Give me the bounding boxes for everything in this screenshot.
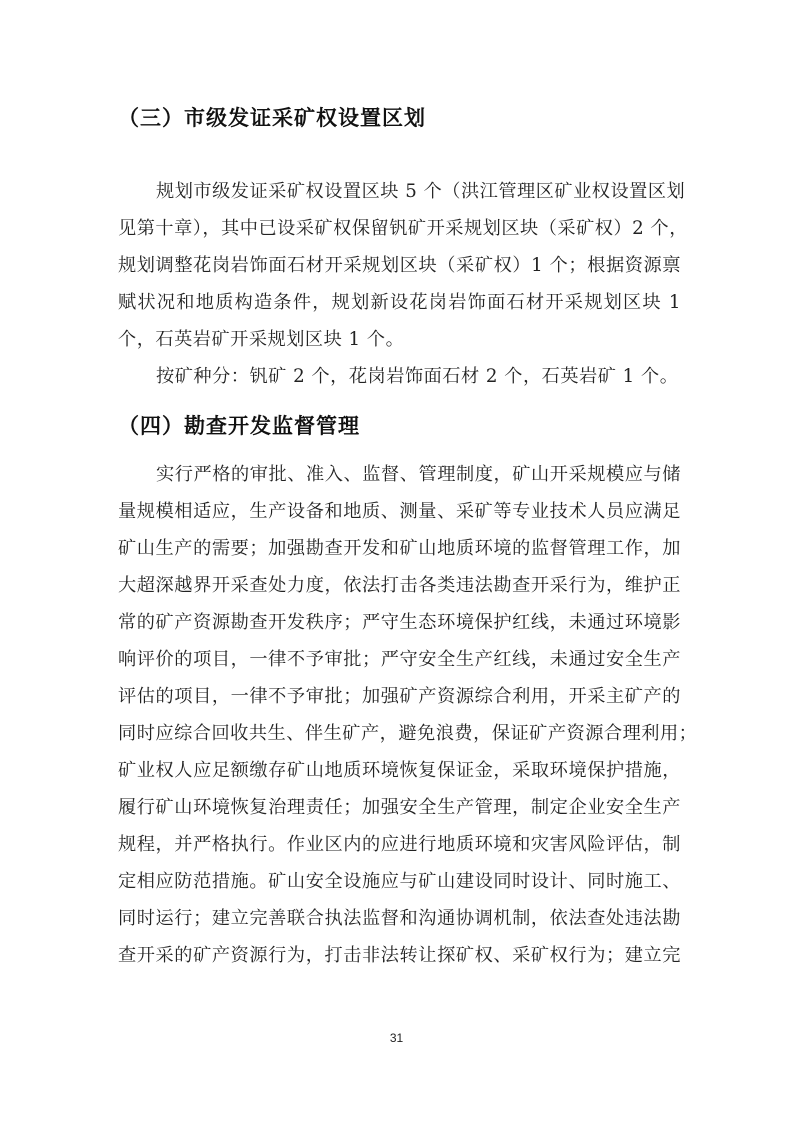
paragraph-line: 实行严格的审批、准入、监督、管理制度，矿山开采规模应与储 <box>156 462 681 488</box>
paragraph-line: 评估的项目，一律不予审批；加强矿产资源综合利用，开采主矿产的 <box>118 684 681 710</box>
document-page: （三）市级发证采矿权设置区划 规划市级发证采矿权设置区块 5 个（洪江管理区矿业… <box>0 0 793 1122</box>
paragraph-line: 见第十章），其中已设采矿权保留钒矿开采规划区块（采矿权）2 个， <box>118 216 681 242</box>
paragraph-line: 量规模相适应，生产设备和地质、测量、采矿等专业技术人员应满足 <box>118 499 681 525</box>
paragraph-line: 常的矿产资源勘查开发秩序；严守生态环境保护红线，未通过环境影 <box>118 610 681 636</box>
paragraph-line: 规划市级发证采矿权设置区块 5 个（洪江管理区矿业权设置区划 <box>156 179 681 205</box>
paragraph-line: 规程，并严格执行。作业区内的应进行地质环境和灾害风险评估，制 <box>118 832 681 858</box>
paragraph-line: 大超深越界开采查处力度，依法打击各类违法勘查开采行为，维护正 <box>118 573 681 599</box>
paragraph-line: 响评价的项目，一律不予审批；严守安全生产红线，未通过安全生产 <box>118 647 681 673</box>
section-heading-3: （三）市级发证采矿权设置区划 <box>118 103 426 133</box>
paragraph-line: 矿业权人应足额缴存矿山地质环境恢复保证金，采取环境保护措施， <box>118 758 681 784</box>
paragraph-line: 查开采的矿产资源行为，打击非法转让探矿权、采矿权行为；建立完 <box>118 943 681 969</box>
paragraph-line: 同时运行；建立完善联合执法监督和沟通协调机制，依法查处违法勘 <box>118 906 681 932</box>
page-number: 31 <box>0 1031 793 1045</box>
paragraph-line: 履行矿山环境恢复治理责任；加强安全生产管理，制定企业安全生产 <box>118 795 681 821</box>
paragraph-line: 定相应防范措施。矿山安全设施应与矿山建设同时设计、同时施工、 <box>118 869 681 895</box>
paragraph-line: 矿山生产的需要；加强勘查开发和矿山地质环境的监督管理工作，加 <box>118 536 681 562</box>
paragraph-line: 赋状况和地质构造条件，规划新设花岗岩饰面石材开采规划区块 1 <box>118 290 681 316</box>
paragraph-line: 个，石英岩矿开采规划区块 1 个。 <box>118 327 681 353</box>
section-heading-4: （四）勘查开发监督管理 <box>118 411 360 441</box>
paragraph-line: 按矿种分：钒矿 2 个，花岗岩饰面石材 2 个，石英岩矿 1 个。 <box>156 364 681 390</box>
paragraph-line: 规划调整花岗岩饰面石材开采规划区块（采矿权）1 个；根据资源禀 <box>118 253 681 279</box>
paragraph-line: 同时应综合回收共生、伴生矿产，避免浪费，保证矿产资源合理利用； <box>118 721 681 747</box>
